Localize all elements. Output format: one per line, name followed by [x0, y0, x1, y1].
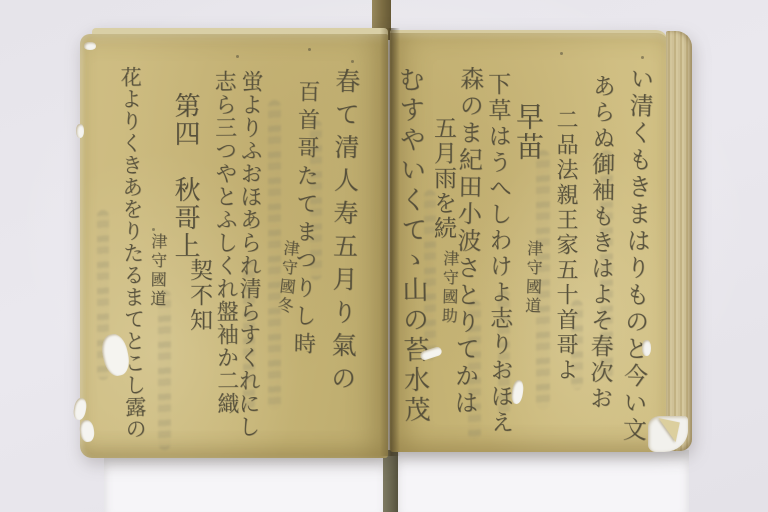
ink-dot [152, 228, 155, 231]
tear-patch [642, 340, 651, 356]
ink-dot [560, 52, 563, 55]
right-page-poem-column-5: むすやいくてゝ山の苔水茂 [396, 66, 428, 426]
right-page-poet-name-2: 津守國助 [440, 250, 458, 326]
ink-dot [351, 60, 354, 63]
right-page-heading-column: 二品法親王家五十首哥よ [554, 108, 576, 383]
right-page-poem-column-3: 下草はうへしわけよ志りおほえ [485, 72, 511, 436]
ink-dot [308, 48, 311, 51]
edge-chip [76, 124, 84, 138]
left-page-heading-column: 百首哥たてまつりし時 [291, 80, 318, 360]
ink-bleedthrough [158, 290, 171, 450]
edge-chip [84, 42, 96, 50]
left-page-topic-label: 契不知 [187, 258, 210, 333]
ink-dot [236, 55, 239, 58]
left-page-poem-column-2: 蛍よりふおほあられ清らすくれにし [236, 70, 261, 438]
left-page-poem-column-1: 春て清人寿五月り氣の [329, 68, 359, 398]
right-page-poem-column-4: 森のま紀田小波さとりてかは [452, 66, 482, 417]
manuscript-photograph: い清くもきまはりものと今い文 あらぬ御袖もきはよそ春次お 二品法親王家五十首哥よ… [0, 0, 768, 512]
right-page-poet-name-1: 津守國道 [523, 240, 542, 317]
fore-edge-page-stack [666, 31, 692, 451]
ink-bleedthrough [268, 100, 281, 410]
left-page-poet-name-2: 津守國道 [149, 233, 166, 309]
right-page-poem-column-1: い清くもきまはりものと今い文 [620, 66, 652, 444]
corner-flap [654, 418, 680, 442]
left-page-section-heading: 第四 秋哥上 [172, 92, 198, 260]
left-page-poem-column-4: 花よりくきあをりたるまてとこし露の [119, 66, 145, 440]
right-page-topic-samidare: 五月雨を続 [431, 116, 454, 241]
left-page-poem-column-3: 志ら三つやとふしくれ盤袖か二織 [212, 70, 237, 415]
ink-dot [641, 56, 644, 59]
right-page-topic-sanae: 早苗 [514, 102, 542, 162]
right-page-poem-column-2: あらぬ御袖もきはよそ春次お [587, 74, 613, 412]
